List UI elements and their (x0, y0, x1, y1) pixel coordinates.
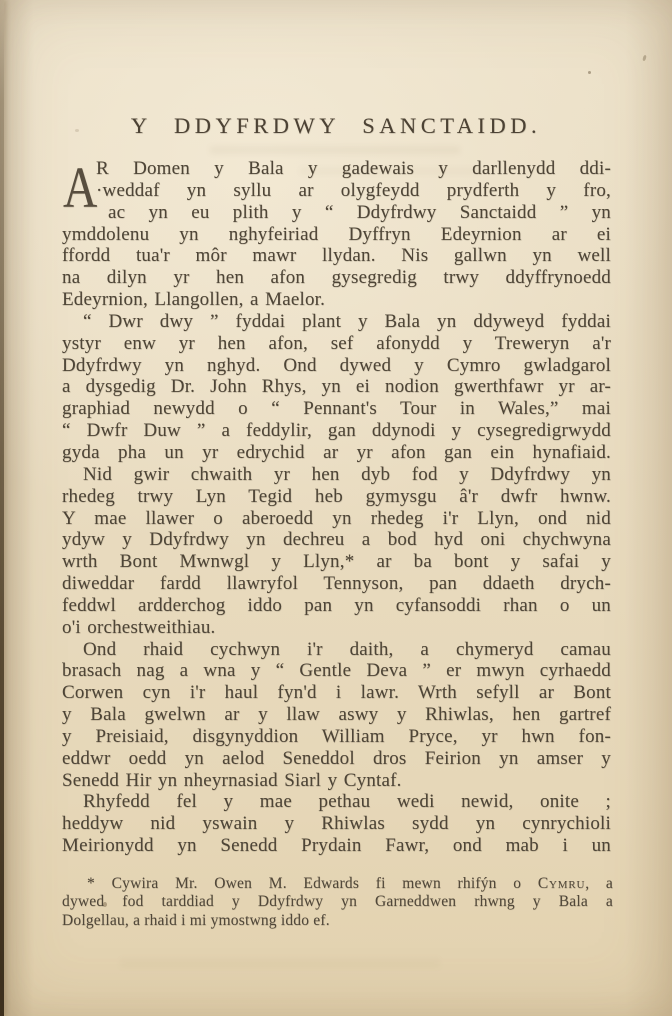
text-line: y Preisiaid, disgynyddion William Pryce,… (62, 726, 611, 748)
footnote-text: , a (585, 875, 613, 892)
paragraph-taith: Ond rhaid cychwyn i'r daith, a chymeryd … (62, 639, 611, 792)
text-line: rhedeg trwy Lyn Tegid heb gymysgu â'r dw… (62, 486, 611, 508)
text-line: ffordd tua'r môr mawr llydan. Nis gallwn… (62, 245, 611, 267)
page-left-edge-shadow (0, 0, 4, 1016)
text-line: Ond rhaid cychwyn i'r daith, a chymeryd … (62, 639, 611, 661)
paragraph-rhyfedd: Rhyfedd fel y mae pethau wedi newid, oni… (62, 791, 611, 857)
footnote-text: * Cywira Mr. Owen M. Edwards fi mewn rhi… (87, 875, 538, 892)
text-line: ydyw y Ddyfrdwy yn dechreu a bod hyd oni… (62, 529, 611, 551)
text-line: ac yn eu plith y “ Ddyfrdwy Sanctaidd ” … (62, 202, 611, 224)
text-line: heddyw nid yswain y Rhiwlas sydd yn cynr… (62, 813, 611, 835)
footnote: * Cywira Mr. Owen M. Edwards fi mewn rhi… (62, 875, 613, 930)
text-line: Nid gwir chwaith yr hen dyb fod y Ddyfrd… (62, 464, 611, 486)
show-through-smudge (210, 146, 460, 154)
text-line: diweddar fardd llawryfol Tennyson, pan d… (62, 573, 611, 595)
paragraph-llyn-tegid: Nid gwir chwaith yr hen dyb fod y Ddyfrd… (62, 464, 611, 639)
footnote-journal-name: Cymru (538, 875, 585, 892)
text-line: a dysgedig Dr. John Rhys, yn ei nodion g… (62, 376, 611, 398)
text-line: na dilyn yr hen afon gysegredig trwy ddy… (62, 267, 611, 289)
ink-speck (642, 55, 647, 62)
ink-speck (588, 71, 591, 74)
text-line: Rhyfedd fel y mae pethau wedi newid, oni… (62, 791, 611, 813)
paragraph-opening: A R Domen y Bala y gadewais y darllenydd… (62, 158, 611, 311)
drop-cap: A (63, 160, 98, 216)
text-line: graphiad newydd o “ Pennant's Tour in Wa… (62, 398, 611, 420)
text-line: “ Dwfr Duw ” a feddylir, gan ddynodi y c… (62, 420, 611, 442)
page-title: Y DDYFRDWY SANCTAIDD. (61, 113, 611, 139)
text-line: ystyr enw yr hen afon, sef afonydd y Tre… (62, 333, 611, 355)
text-line: gyda pha un yr edrychid ar yr afon gan e… (62, 442, 611, 464)
text-line: o'i orchestweithiau. (62, 617, 611, 639)
text-line: R Domen y Bala y gadewais y darllenydd d… (62, 158, 611, 180)
text-line: Senedd Hir yn nheyrnasiad Siarl y Cyntaf… (62, 770, 611, 792)
ink-speck (103, 902, 107, 907)
text-line: y Bala gwelwn ar y llaw aswy y Rhiwlas, … (62, 704, 611, 726)
text-line: wrth Bont Mwnwgl y Llyn,* ar ba bont y s… (62, 551, 611, 573)
footnote-line: Dolgellau, a rhaid i mi ymostwng iddo ef… (62, 912, 613, 930)
text-line: eddwr oedd yn aelod Seneddol dros Feirio… (62, 748, 611, 770)
text-line: Ddyfrdwy yn nghyd. Ond dywed y Cymro gwl… (62, 355, 611, 377)
text-line: Edeyrnion, Llangollen, a Maelor. (62, 289, 611, 311)
show-through-smudge (120, 958, 440, 968)
paragraph-dwr-dwy: “ Dwr dwy ” fyddai plant y Bala yn ddywe… (62, 311, 611, 464)
text-line: ymddolenu yn nghyfeiriad Dyffryn Edeyrni… (62, 224, 611, 246)
footnote-line: dywed fod tarddiad y Ddyfrdwy yn Garnedd… (62, 893, 613, 911)
text-line: Corwen cyn i'r haul fyn'd i lawr. Wrth s… (62, 682, 611, 704)
text-line: ·weddaf yn syllu ar olygfeydd prydferth … (62, 180, 611, 202)
footnote-line: * Cywira Mr. Owen M. Edwards fi mewn rhi… (62, 875, 613, 893)
text-line: Y mae llawer o aberoedd yn rhedeg i'r Ll… (62, 508, 611, 530)
book-page: Y DDYFRDWY SANCTAIDD. A R Domen y Bala y… (0, 0, 672, 1016)
text-line: brasach nag a wna y “ Gentle Deva ” er m… (62, 660, 611, 682)
page-body-text: A R Domen y Bala y gadewais y darllenydd… (62, 158, 611, 857)
ink-speck (75, 129, 79, 132)
text-line: feddwl ardderchog iddo pan yn cyfansoddi… (62, 595, 611, 617)
text-line: “ Dwr dwy ” fyddai plant y Bala yn ddywe… (62, 311, 611, 333)
text-line: Meirionydd yn Senedd Prydain Fawr, ond m… (62, 835, 611, 857)
